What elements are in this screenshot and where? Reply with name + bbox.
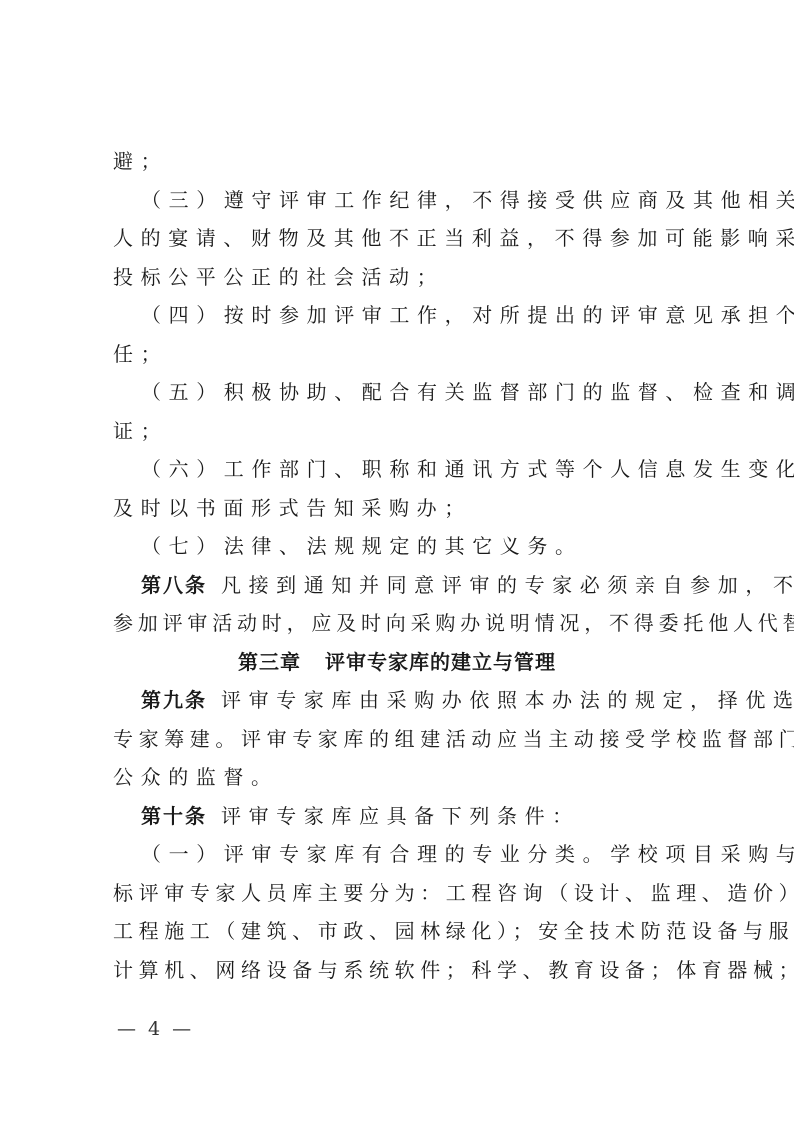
article-nine-label: 第九条 — [141, 688, 207, 712]
article-ten-text: 评审专家库应具备下列条件： — [221, 804, 580, 828]
item-one-line-2: 标评审专家人员库主要分为：工程咨询（设计、监理、造价）； — [113, 879, 687, 907]
clause-three-line-3: 投标公平公正的社会活动； — [113, 263, 687, 291]
clause-five-line-1: （五）积极协助、配合有关监督部门的监督、检查和调查取 — [141, 378, 687, 406]
article-nine-line-3: 公众的监督。 — [113, 763, 687, 791]
article-nine-text: 评审专家库由采购办依照本办法的规定，择优选聘 — [221, 688, 794, 712]
document-page: 避； （三）遵守评审工作纪律，不得接受供应商及其他相关当事 人的宴请、财物及其他… — [0, 0, 794, 1123]
clause-four-line-2: 任； — [113, 340, 687, 368]
clause-three-line-2: 人的宴请、财物及其他不正当利益，不得参加可能影响采购与招 — [113, 224, 687, 252]
article-nine-line-1: 第九条 评审专家库由采购办依照本办法的规定，择优选聘 — [141, 686, 687, 714]
clause-three-line-1: （三）遵守评审工作纪律，不得接受供应商及其他相关当事 — [141, 186, 687, 214]
item-one-line-3: 工程施工（建筑、市政、园林绿化）；安全技术防范设备与服务； — [113, 917, 687, 945]
text-line: 避； — [113, 147, 687, 175]
item-one-line-1: （一）评审专家库有合理的专业分类。学校项目采购与招投 — [141, 840, 687, 868]
chapter-number: 第三章 — [238, 650, 301, 674]
article-eight-line-2: 参加评审活动时，应及时向采购办说明情况，不得委托他人代替。 — [113, 609, 687, 637]
article-ten-line-1: 第十条 评审专家库应具备下列条件： — [141, 802, 687, 830]
chapter-heading: 第三章评审专家库的建立与管理 — [0, 648, 794, 676]
article-eight-text: 凡接到通知并同意评审的专家必须亲自参加，不能 — [221, 573, 794, 597]
article-eight-line-1: 第八条 凡接到通知并同意评审的专家必须亲自参加，不能 — [141, 571, 687, 599]
clause-six-line-1: （六）工作部门、职称和通讯方式等个人信息发生变化时， — [141, 455, 687, 483]
clause-six-line-2: 及时以书面形式告知采购办； — [113, 494, 687, 522]
chapter-title: 评审专家库的建立与管理 — [325, 650, 556, 674]
article-nine-line-2: 专家筹建。评审专家库的组建活动应当主动接受学校监督部门和 — [113, 725, 687, 753]
page-number: — 4 — — [117, 1017, 194, 1041]
item-one-line-4: 计算机、网络设备与系统软件；科学、教育设备；体育器械；药 — [113, 956, 687, 984]
clause-five-line-2: 证； — [113, 417, 687, 445]
clause-seven-line-1: （七）法律、法规规定的其它义务。 — [141, 532, 687, 560]
clause-four-line-1: （四）按时参加评审工作，对所提出的评审意见承担个人责 — [141, 301, 687, 329]
article-eight-label: 第八条 — [141, 573, 207, 597]
article-ten-label: 第十条 — [141, 804, 207, 828]
